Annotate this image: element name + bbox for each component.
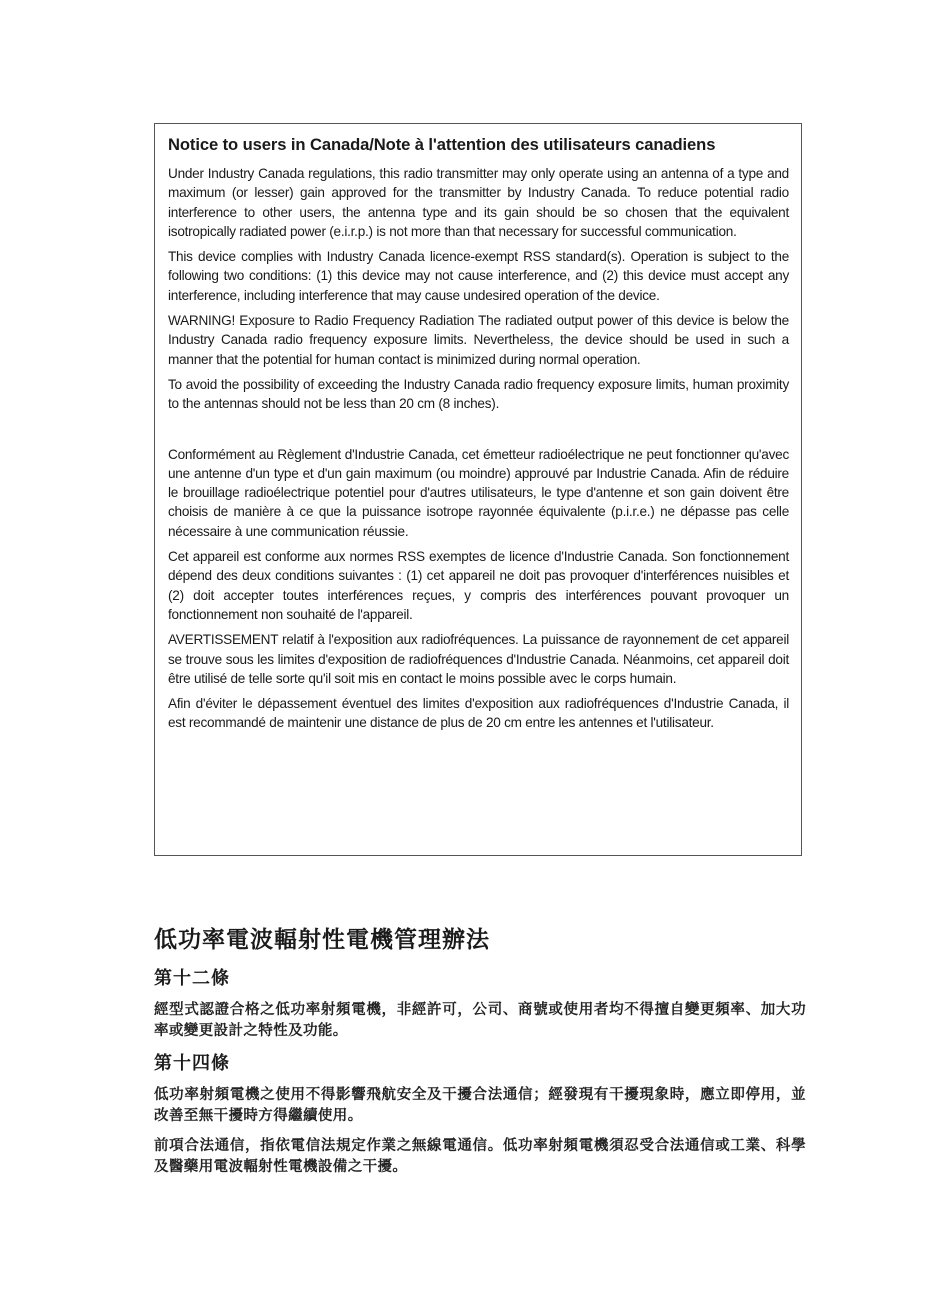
canada-notice-box: Notice to users in Canada/Note à l'atten… <box>154 123 802 856</box>
canada-notice-title: Notice to users in Canada/Note à l'atten… <box>168 134 789 156</box>
fr-paragraph-avertissement: AVERTISSEMENT relatif à l'exposition aux… <box>168 630 789 688</box>
article-14-paragraph-2: 前項合法通信，指依電信法規定作業之無線電通信。低功率射頻電機須忍受合法通信或工業… <box>154 1136 806 1178</box>
en-paragraph-rf-warning: WARNING! Exposure to Radio Frequency Rad… <box>168 311 789 369</box>
en-paragraph-regulations: Under Industry Canada regulations, this … <box>168 164 789 241</box>
taiwan-notice-title: 低功率電波輻射性電機管理辦法 <box>154 924 806 956</box>
fr-paragraph-distance: Afin d'éviter le dépassement éventuel de… <box>168 694 789 733</box>
taiwan-notice-section: 低功率電波輻射性電機管理辦法 第十二條 經型式認證合格之低功率射頻電機，非經許可… <box>154 924 806 1187</box>
fr-paragraph-rss-conformite: Cet appareil est conforme aux normes RSS… <box>168 547 789 624</box>
en-paragraph-rss-compliance: This device complies with Industry Canad… <box>168 247 789 305</box>
fr-paragraph-reglement: Conformément au Règlement d'Industrie Ca… <box>168 445 789 541</box>
en-paragraph-proximity: To avoid the possibility of exceeding th… <box>168 375 789 414</box>
article-12-text: 經型式認證合格之低功率射頻電機，非經許可，公司、商號或使用者均不得擅自變更頻率、… <box>154 1000 806 1042</box>
article-12-heading: 第十二條 <box>154 966 806 992</box>
article-14-paragraph-1: 低功率射頻電機之使用不得影響飛航安全及干擾合法通信；經發現有干擾現象時，應立即停… <box>154 1085 806 1127</box>
article-14-heading: 第十四條 <box>154 1051 806 1077</box>
